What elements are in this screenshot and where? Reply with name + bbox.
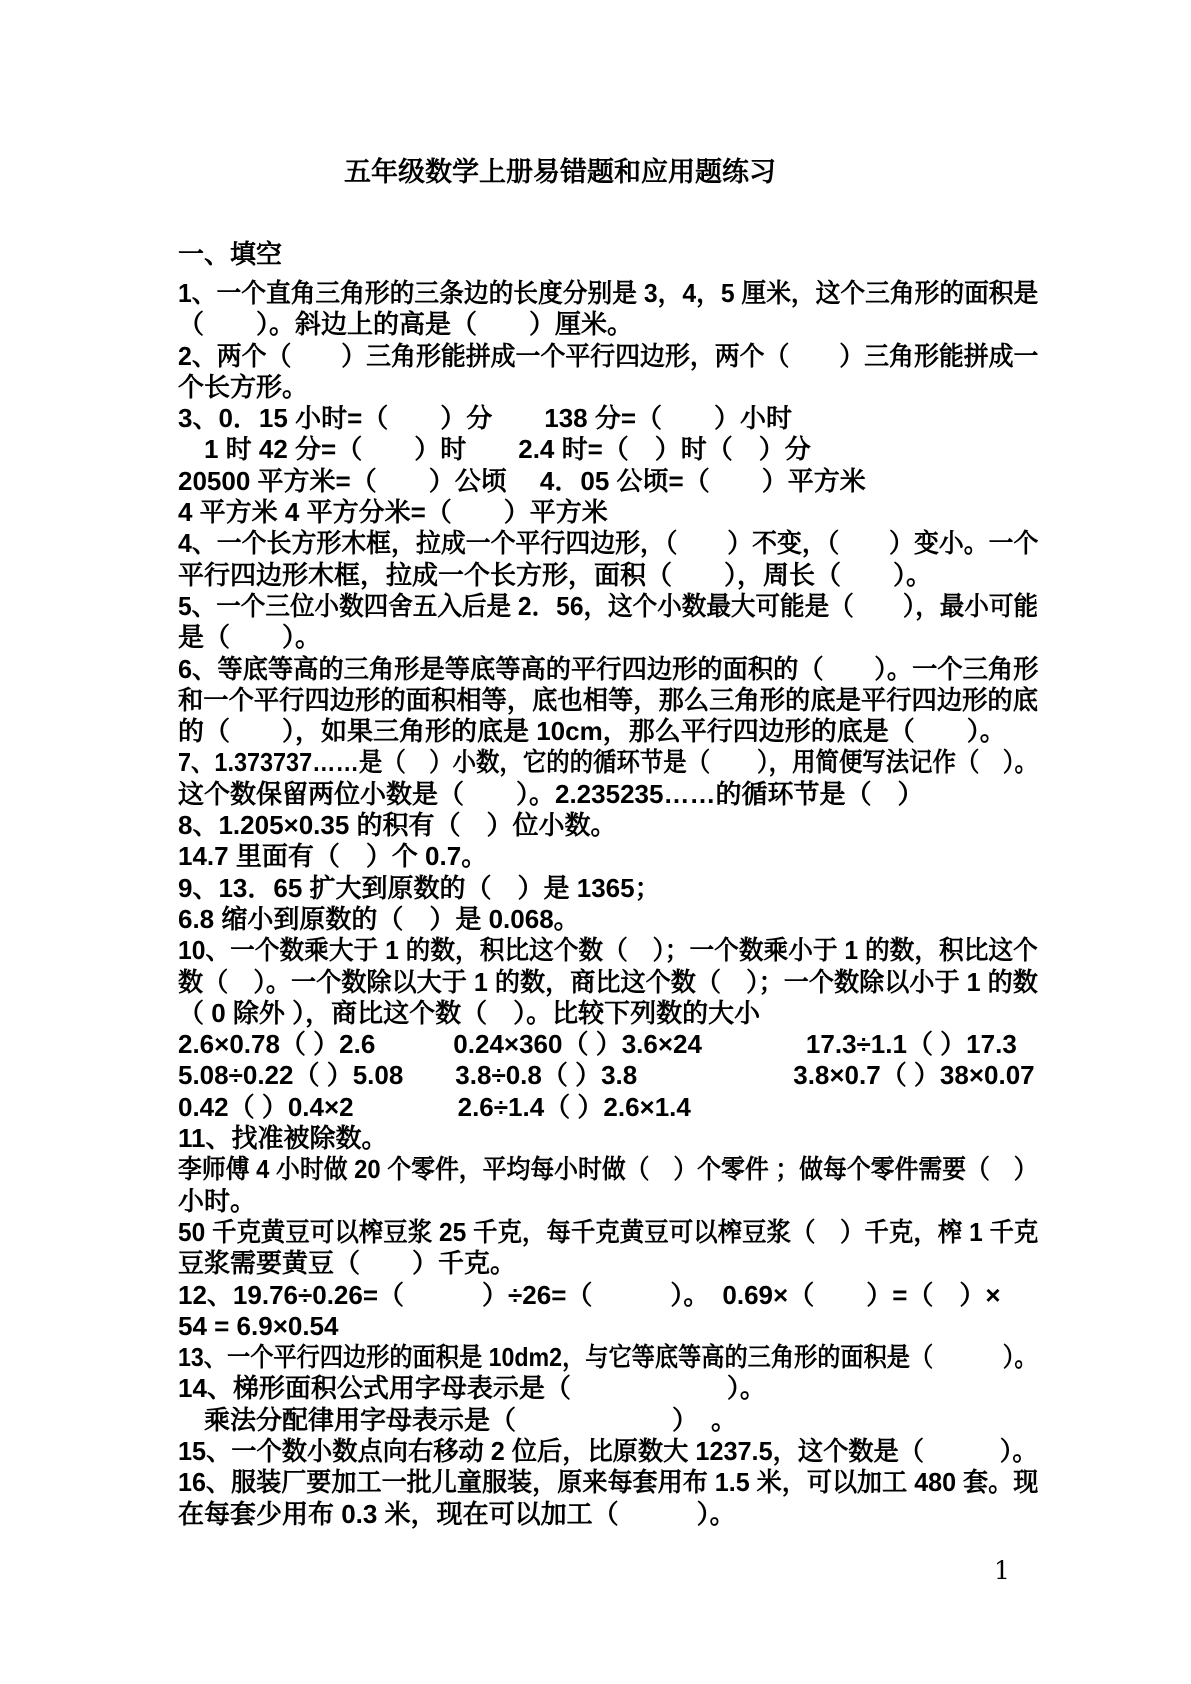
document-line: 4 平方米 4 平方分米=（ ）平方米: [178, 497, 1038, 528]
document-line: 5、一个三位小数四舍五入后是 2．56，这个小数最大可能是（ ），最小可能: [178, 591, 991, 622]
document-line: 4、一个长方形木框，拉成一个平行四边形，（ ）不变，（ ）变小。一个: [178, 528, 1002, 559]
worksheet-page: 五年级数学上册易错题和应用题练习 一、填空 1、一个直角三角形的三条边的长度分别…: [0, 0, 1191, 1684]
page-number: 1: [994, 1556, 1010, 1586]
document-line: 李师傅 4 小时做 20 个零件，平均每小时做（ ）个零件 ；做每个零件需要（ …: [178, 1154, 966, 1185]
document-line: 是（ ）。: [178, 622, 1038, 653]
document-line: 6.8 缩小到原数的（ ）是 0.068。: [178, 904, 1038, 935]
document-line: 54 = 6.9×0.54: [178, 1311, 1038, 1342]
document-line: 15、一个数小数点向右移动 2 位后，比原数大 1237.5，这个数是（ ）。: [178, 1436, 1013, 1467]
document-line: 14、梯形面积公式用字母表示是（ ）。: [178, 1373, 1038, 1404]
document-line: 7、1.373737……是（ ）小数，它的的循环节是（ ），用简便写法记作（ ）…: [178, 747, 952, 778]
document-line: 小时。: [178, 1186, 1038, 1217]
document-line: 11、找准被除数。: [178, 1123, 1038, 1154]
document-line: （ ）。斜边上的高是（ ）厘米。: [178, 309, 1038, 340]
document-line: 2.6×0.78（ ）2.6 0.24×360（ ）3.6×24 17.3÷1.…: [178, 1029, 1038, 1060]
document-line: 在每套少用布 0.3 米，现在可以加工（ ）。: [178, 1499, 1038, 1530]
document-line: 的（ ），如果三角形的底是 10cm，那么平行四边形的底是（ ）。: [178, 716, 1038, 747]
page-title: 五年级数学上册易错题和应用题练习: [178, 152, 942, 192]
document-line: 个长方形。: [178, 372, 1038, 403]
document-line: 数（ ）。一个数除以大于 1 的数，商比这个数（ ）；一个数除以小于 1 的数: [178, 967, 1009, 998]
worksheet-body: 一、填空 1、一个直角三角形的三条边的长度分别是 3，4，5 厘米，这个三角形的…: [178, 239, 1038, 1530]
document-line: 3、0．15 小时=（ ）分 138 分=（ ）小时: [178, 403, 1038, 434]
document-line: 0.42（ ）0.4×2 2.6÷1.4（ ）2.6×1.4: [178, 1092, 1038, 1123]
document-line: 14.7 里面有（ ）个 0.7。: [178, 841, 1038, 872]
document-line: 这个数保留两位小数是（ ）。2.235235……的循环节是（ ）: [178, 779, 1038, 810]
document-line: 5.08÷0.22（ ）5.08 3.8÷0.8（ ）3.8 3.8×0.7（ …: [178, 1060, 1038, 1091]
document-line: 2、两个（ ）三角形能拼成一个平行四边形，两个（ ）三角形能拼成一: [178, 341, 1002, 372]
document-line: 12、19.76÷0.26=（ ）÷26=（ ）。 0.69×（ ）=（ ）×: [178, 1280, 1038, 1311]
document-line: 豆浆需要黄豆（ ）千克。: [178, 1248, 1038, 1279]
document-line: （ 0 除外 ），商比这个数（ ）。比较下列数的大小: [178, 998, 1038, 1029]
document-line: 6、等底等高的三角形是等底等高的平行四边形的面积的（ ）。一个三角形: [178, 654, 1014, 685]
document-line: 9、13．65 扩大到原数的（ ）是 1365；: [178, 873, 1038, 904]
document-line: 13、一个平行四边形的面积是 10dm2，与它等底等高的三角形的面积是（ ）。: [178, 1342, 945, 1373]
document-line: 16、服装厂要加工一批儿童服装，原来每套用布 1.5 米，可以加工 480 套。…: [178, 1467, 1008, 1498]
document-line: 平行四边形木框，拉成一个长方形，面积（ ），周长（ ）。: [178, 560, 1038, 591]
document-line: 10、一个数乘大于 1 的数，积比这个数（ ）；一个数乘小于 1 的数，积比这个: [178, 935, 994, 966]
section-heading-fill-in-blanks: 一、填空: [178, 239, 1038, 270]
document-line: 和一个平行四边形的面积相等，底也相等，那么三角形的底是平行四边形的底: [178, 685, 1015, 716]
document-line: 乘法分配律用字母表示是（ ） 。: [178, 1405, 1038, 1436]
document-line: 1、一个直角三角形的三条边的长度分别是 3，4，5 厘米，这个三角形的面积是: [178, 278, 996, 309]
document-line: 1 时 42 分=（ ）时 2.4 时=（ ）时（ ）分: [178, 434, 1038, 465]
document-line: 8、1.205×0.35 的积有（ ）位小数。: [178, 810, 1038, 841]
document-line: 50 千克黄豆可以榨豆浆 25 千克，每千克黄豆可以榨豆浆（ ）千克，榨 1 千…: [178, 1217, 987, 1248]
document-line: 20500 平方米=（ ）公顷 4．05 公顷=（ ）平方米: [178, 466, 1038, 497]
